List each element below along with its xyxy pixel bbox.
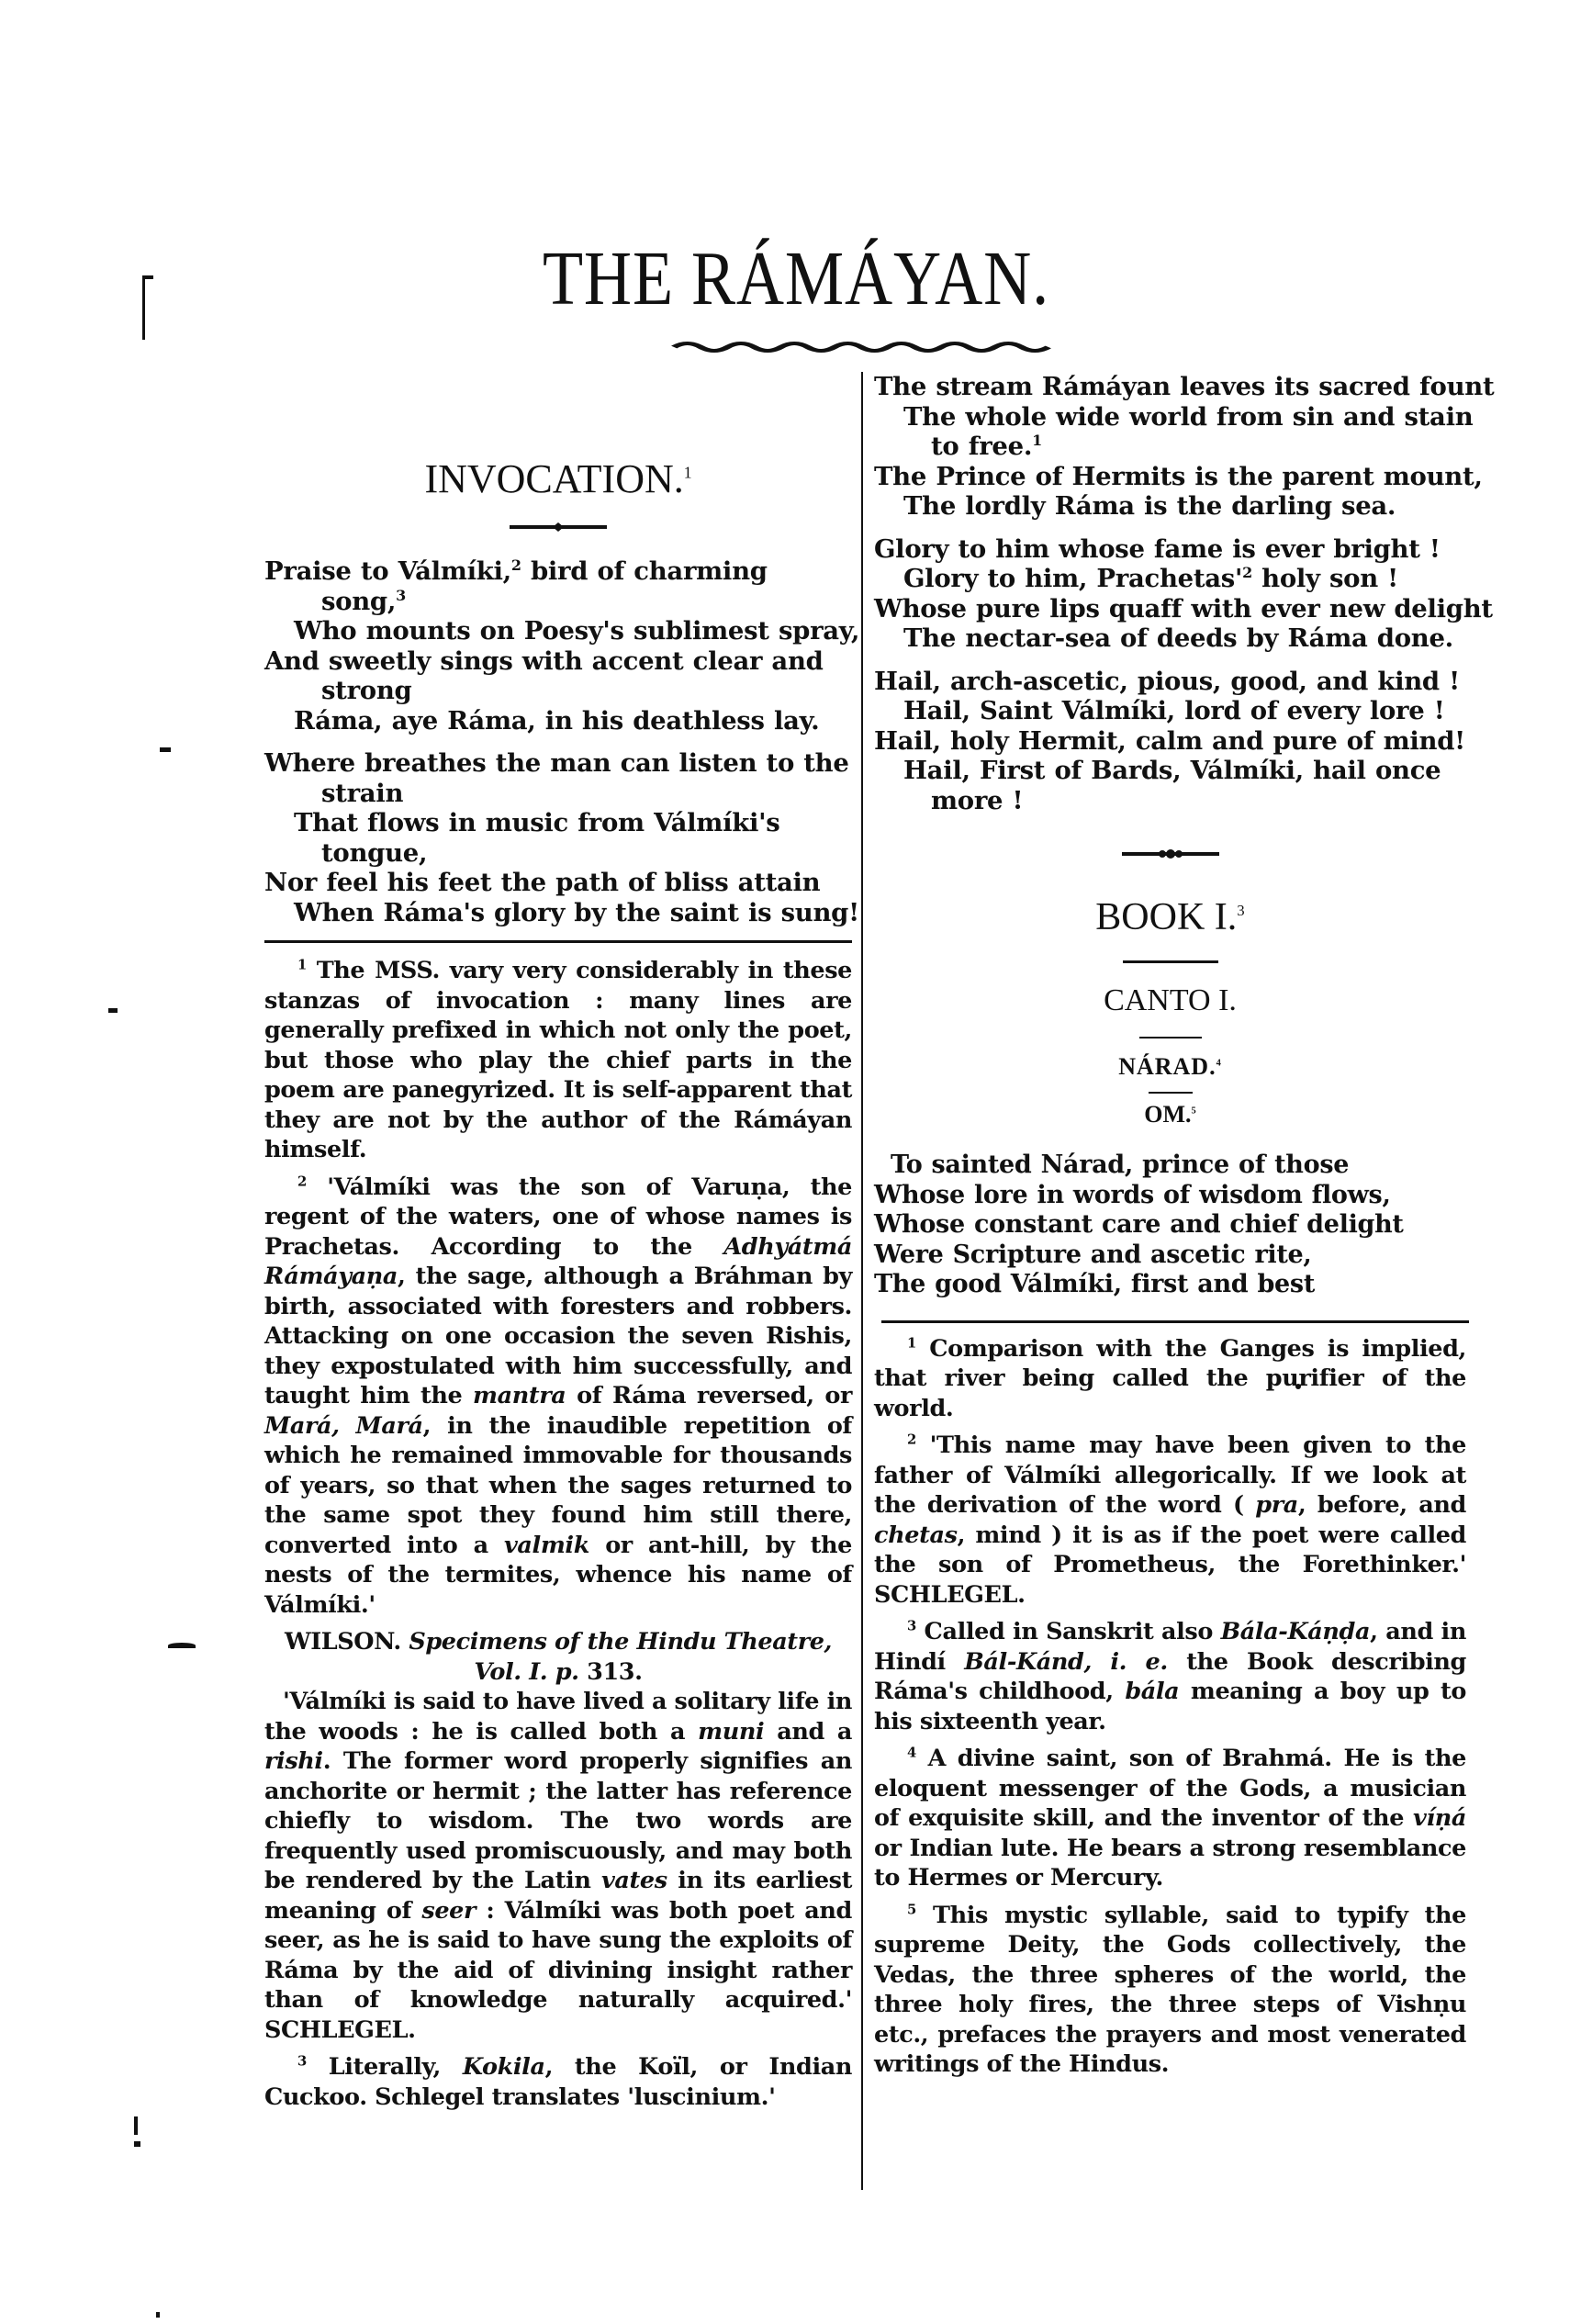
footnote-1: 1 The MSS. vary very considerably in the… (264, 956, 852, 1165)
canto-verse: To sainted Nárad, prince of those Whose … (874, 1151, 1466, 1300)
verse-line: Who mounts on Poesy's sublimest spray, (264, 616, 852, 646)
heading-rule (1139, 1037, 1202, 1039)
om-heading: OM.5 (874, 1103, 1466, 1127)
verse-line: Ráma, aye Ráma, in his deathless lay. (264, 706, 852, 736)
footnote-2-continued: 'Válmíki is said to have lived a solitar… (264, 1687, 852, 2045)
dotted-rule-ornament (1120, 848, 1221, 859)
book-heading: BOOK I.3 (874, 898, 1466, 937)
verse-line: Hail, Saint Válmíki, lord of every lore … (874, 696, 1466, 726)
verse-line: Whose lore in words of wisdom flows, (874, 1181, 1466, 1211)
verse-line: To sainted Nárad, prince of those (874, 1151, 1466, 1181)
verse-line: Hail, First of Bards, Válmíki, hail once (874, 756, 1466, 786)
verse-line: And sweetly sings with accent clear and (264, 646, 852, 677)
footnote-rule (264, 940, 852, 943)
margin-scan-mark (168, 1643, 196, 1648)
invocation-verse-right: The stream Rámáyan leaves its sacred fou… (874, 372, 1466, 815)
footnote-3: 3 Called in Sanskrit also Bála-Káṇḍa, an… (874, 1617, 1466, 1736)
verse-line: Whose constant care and chief delight (874, 1210, 1466, 1241)
footnote-ref: 4 (1216, 1058, 1222, 1068)
verse-line: The stream Rámáyan leaves its sacred fou… (874, 372, 1466, 402)
footnote-5: 5 This mystic syllable, said to typify t… (874, 1901, 1466, 2080)
wavy-rule-ornament (670, 340, 1056, 354)
stanza-gap (874, 522, 1466, 534)
footnote-1: 1 Comparison with the Ganges is implied,… (874, 1334, 1466, 1424)
verse-line: Praise to Válmíki,2 bird of charming (264, 556, 852, 587)
footnote-3: 3 Literally, Kokila, the Koïl, or Indian… (264, 2052, 852, 2112)
margin-scan-mark (108, 1008, 118, 1013)
verse-line: Were Scripture and ascetic rite, (874, 1241, 1466, 1271)
column-divider (861, 372, 863, 2190)
verse-line: The good Válmíki, first and best (874, 1270, 1466, 1300)
verse-line: song,3 (264, 587, 852, 617)
heading-rule (1123, 960, 1218, 963)
footnote-2-citation: WILSON. Specimens of the Hindu Theatre, … (264, 1627, 852, 1687)
verse-line: tongue, (264, 838, 852, 869)
verse-line: strain (264, 779, 852, 809)
invocation-heading: INVOCATION.1 (264, 459, 852, 500)
footnote-4: 4 A divine saint, son of Brahmá. He is t… (874, 1744, 1466, 1893)
verse-line: The nectar-sea of deeds by Ráma done. (874, 623, 1466, 654)
verse-line: strong (264, 676, 852, 706)
stray-dot (1295, 1384, 1301, 1389)
footnote-ref: 5 (1192, 1106, 1196, 1116)
margin-scan-mark (160, 747, 171, 752)
narad-heading: NÁRAD.4 (874, 1055, 1466, 1079)
canto-heading: CANTO I. (874, 985, 1466, 1016)
margin-scan-mark (134, 2116, 138, 2135)
verse-line: The lordly Ráma is the darling sea. (874, 491, 1466, 522)
footnote-2: 2 'Válmíki was the son of Varuṇa, the re… (264, 1173, 852, 1621)
verse-line: That flows in music from Válmíki's (264, 808, 852, 838)
right-column: The stream Rámáyan leaves its sacred fou… (874, 372, 1466, 2087)
verse-line: Whose pure lips quaff with ever new deli… (874, 594, 1466, 624)
verse-line: When Ráma's glory by the saint is sung! (264, 898, 852, 928)
page-title: THE RÁMÁYAN. (111, 241, 1480, 318)
verse-line: Where breathes the man can listen to the (264, 748, 852, 779)
verse-line: Nor feel his feet the path of bliss atta… (264, 868, 852, 898)
footnote-2: 2 'This name may have been given to the … (874, 1431, 1466, 1610)
footnote-rule (881, 1320, 1469, 1323)
footnote-ref: 3 (1237, 902, 1244, 919)
invocation-heading-text: INVOCATION. (424, 456, 683, 501)
verse-line: Glory to him, Prachetas'2 holy son ! (874, 564, 1466, 594)
verse-line: Hail, holy Hermit, calm and pure of mind… (874, 726, 1466, 757)
margin-scan-mark (134, 2141, 140, 2147)
verse-line: The Prince of Hermits is the parent moun… (874, 462, 1466, 492)
heading-rule (1149, 1092, 1193, 1094)
verse-line: The whole wide world from sin and stain (874, 402, 1466, 432)
verse-line: more ! (874, 786, 1466, 816)
diamond-rule-ornament (508, 522, 609, 533)
verse-line: to free.1 (874, 432, 1466, 462)
footnotes-right: 1 Comparison with the Ganges is implied,… (874, 1334, 1466, 2080)
verse-line: Hail, arch-ascetic, pious, good, and kin… (874, 667, 1466, 697)
footnotes-left: 1 The MSS. vary very considerably in the… (264, 956, 852, 2112)
stanza-gap (264, 735, 852, 748)
invocation-verse-left: Praise to Válmíki,2 bird of charming son… (264, 556, 852, 927)
stanza-gap (874, 654, 1466, 667)
footnote-ref: 1 (684, 463, 692, 481)
verse-line: Glory to him whose fame is ever bright ! (874, 534, 1466, 565)
margin-scan-mark (156, 2312, 160, 2318)
left-column: INVOCATION.1 Praise to Válmíki,2 bird of… (264, 459, 852, 2119)
